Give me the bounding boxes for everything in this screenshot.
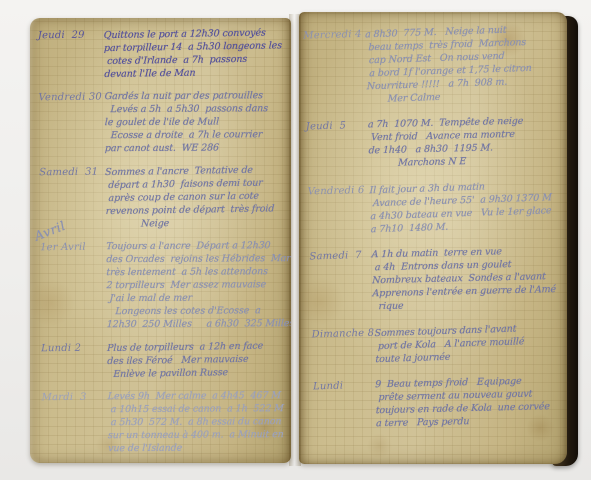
entry-text: Il fait jour a 3h du matin Avance de l'h… [369,178,563,236]
diary-entry: Vendredi 6Il fait jour a 3h du matin Ava… [307,178,562,237]
handwritten-line: Longeons les cotes d'Ecosse a [106,304,288,318]
handwritten-line: Gardés la nuit par des patrouilles [104,89,286,103]
handwritten-line: Neige [106,215,287,231]
entry-date-label: Vendredi 30 [38,91,104,105]
handwritten-line: sur un tonneau à 400 m. a Minuit en [108,428,290,442]
entry-date-label: 1er AvrilAvril [40,241,106,255]
diary-entry: Mardi 3Levés 9h Mer calme a 4h45 467 M a… [42,389,290,457]
handwritten-line: le goulet de l'ile de Mull [104,115,286,129]
entry-date-label: Mardi 3 [42,391,108,405]
diary-entry: Lundi9 Beau temps froid Equipage prête s… [313,373,567,432]
entry-date-label: Lundi [313,379,375,394]
diary-entry: Samedi 31Sommes a l'ancre Tentative de d… [39,164,287,232]
entry-date-label: Mercredi 4 [303,28,365,43]
handwritten-line: a 5h30 572 M. a 8h essai du canon [108,415,290,429]
handwritten-line: vue de l'Islande [108,441,290,455]
diary-entry: 1er AvrilAvrilToujours a l'ancre Départ … [40,239,288,333]
handwritten-line: très lentement a 5h les attendons [106,265,288,279]
handwritten-line: J'ai le mal de mer [106,291,288,305]
page-right: Mercredi 4a 8h30 775 M. Neige la nuit be… [299,12,567,464]
entry-text: A 1h du matin terre en vue a 4h Entrons … [371,244,564,314]
entry-date-label: Vendredi 6 [307,184,369,199]
notebook-scan: Jeudi 29Quittons le port a 12h30 convoyé… [0,0,591,480]
handwritten-line: Levés 9h Mer calme a 4h45 467 M [107,389,289,403]
handwritten-line: Enlève le pavillon Russe [107,365,288,381]
entry-date-label: Lundi 2 [41,342,107,356]
handwritten-line: des Orcades rejoins les Hébrides Marche [106,252,288,266]
entry-date-label: Jeudi 29 [38,29,104,43]
diary-entry: Jeudi 29Quittons le port a 12h30 convoyé… [38,27,286,82]
handwritten-line: devant l'Ile de Man [104,65,285,81]
diary-entry: Jeudi 5a 7h 1070 M. Tempête de neige Ven… [306,113,561,172]
page-right-entries: Mercredi 4a 8h30 775 M. Neige la nuit be… [299,12,567,464]
diary-entry: Dimanche 8Sommes toujours dans l'avant p… [311,321,566,367]
diary-entry: Lundi 2Plus de torpilleurs a 12h en face… [41,340,288,382]
month-margin-note: Avril [33,219,68,243]
page-left: Jeudi 29Quittons le port a 12h30 convoyé… [30,18,291,463]
page-left-entries: Jeudi 29Quittons le port a 12h30 convoyé… [30,18,291,463]
handwritten-line: 12h30 250 Milles a 6h30 325 Milles [106,317,288,331]
entry-text: a 8h30 775 M. Neige la nuit beau temps t… [365,22,559,106]
handwritten-line: Toujours a l'ancre Départ a 12h30 [106,239,288,253]
entry-text: Quittons le port a 12h30 convoyéspar tor… [104,26,286,81]
entry-text: Sommes a l'ancre Tentative de départ a 1… [105,163,287,231]
handwritten-line: Levés a 5h a 5h30 passons dans [104,102,286,116]
handwritten-line: Ecosse a droite a 7h le courrier [105,128,287,142]
diary-entry: Vendredi 30Gardés la nuit par des patrou… [38,89,286,157]
handwritten-line: 2 torpilleurs Mer assez mauvaise [106,278,288,292]
entry-text: 9 Beau temps froid Equipage prête sermen… [375,374,567,431]
entry-text: Plus de torpilleurs a 12h en facedes ile… [107,339,289,381]
entry-text: Sommes toujours dans l'avant port de Kol… [374,321,567,366]
entry-text: Toujours a l'ancre Départ a 12h30des Orc… [106,239,288,331]
entry-date-label: Jeudi 5 [306,119,368,134]
handwritten-line: a 10h15 essai de canon a 1h 522 M [108,402,290,416]
handwritten-line: par canot aust. WE 286 [105,141,287,155]
entry-date-label: Samedi 7 [309,249,371,264]
entry-text: Levés 9h Mer calme a 4h45 467 M a 10h15 … [108,389,289,455]
entry-date-label: Samedi 31 [39,166,105,180]
entry-date-label: Dimanche 8 [311,327,374,342]
entry-text: a 7h 1070 M. Tempête de neige Vent froid… [368,114,561,171]
diary-entry: Samedi 7A 1h du matin terre en vue a 4h … [309,243,565,315]
entry-text: Gardés la nuit par des patrouilles Levés… [105,89,286,155]
diary-entry: Mercredi 4a 8h30 775 M. Neige la nuit be… [303,22,559,107]
